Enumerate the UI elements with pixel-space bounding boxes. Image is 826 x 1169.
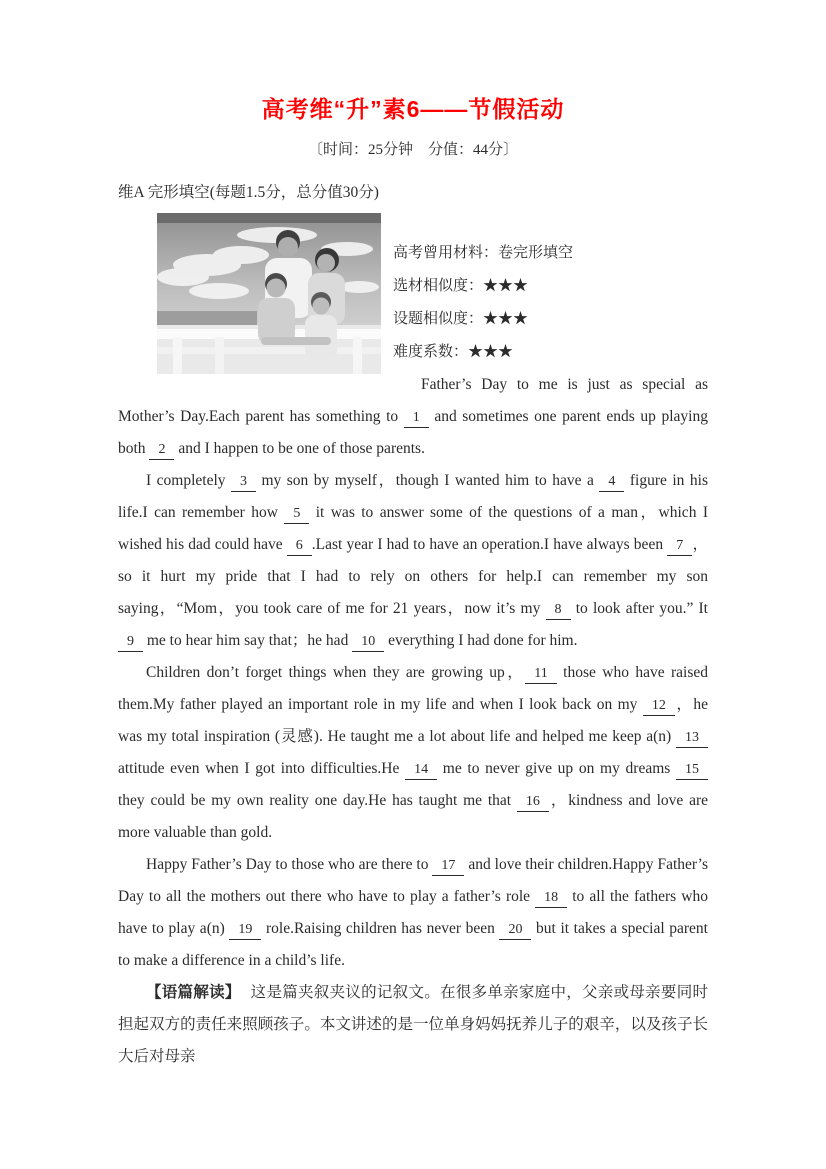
section-heading: 维A 完形填空(每题1.5分，总分值30分) — [118, 182, 708, 204]
cloze-blank-5: 5 — [284, 505, 309, 524]
cloze-blank-18: 18 — [535, 889, 567, 908]
passage-paragraph-4: Happy Father’s Day to those who are ther… — [118, 849, 708, 977]
cloze-blank-13: 13 — [676, 729, 708, 748]
passage-paragraph-3: Children don’t forget things when they a… — [118, 657, 708, 849]
cloze-blank-15: 15 — [676, 761, 708, 780]
family-beach-photo-graphic — [157, 213, 381, 374]
time-score-line: 〔时间：25分钟 分值：44分〕 — [118, 140, 708, 160]
cloze-blank-4: 4 — [599, 473, 624, 492]
document-page: 高考维“升”素6——节假活动 〔时间：25分钟 分值：44分〕 维A 完形填空(… — [0, 0, 826, 1169]
cloze-blank-3: 3 — [231, 473, 256, 492]
cloze-section: 高考曾用材料：卷完形填空 选材相似度：★★★ 设题相似度：★★★ 难度系数：★★… — [118, 213, 708, 1073]
page-title: 高考维“升”素6——节假活动 — [118, 94, 708, 124]
family-beach-photo — [157, 213, 381, 374]
analysis-paragraph: 【语篇解读】这是篇夹叙夹议的记叙文。在很多单亲家庭中，父亲或母亲要同时担起双方的… — [118, 977, 708, 1073]
cloze-blank-6: 6 — [287, 537, 312, 556]
cloze-blank-7: 7 — [667, 537, 692, 556]
cloze-blank-12: 12 — [643, 697, 675, 716]
cloze-blank-1: 1 — [404, 409, 429, 428]
passage-paragraph-2: I completely 3 my son by myself，though I… — [118, 465, 708, 657]
ocean — [157, 311, 257, 327]
passage-paragraph-1: Father’s Day to me is just as special as… — [118, 369, 708, 465]
cloze-blank-14: 14 — [405, 761, 437, 780]
cloze-blank-10: 10 — [352, 633, 384, 652]
cloze-blank-19: 19 — [229, 921, 261, 940]
analysis-label: 【语篇解读】 — [146, 984, 241, 1001]
cloze-blank-11: 11 — [525, 665, 556, 684]
cloze-blank-8: 8 — [546, 601, 571, 620]
cloze-blank-2: 2 — [149, 441, 174, 460]
cloze-blank-17: 17 — [432, 857, 464, 876]
cloze-blank-9: 9 — [118, 633, 143, 652]
cloze-blank-16: 16 — [517, 793, 549, 812]
cloze-blank-20: 20 — [499, 921, 531, 940]
